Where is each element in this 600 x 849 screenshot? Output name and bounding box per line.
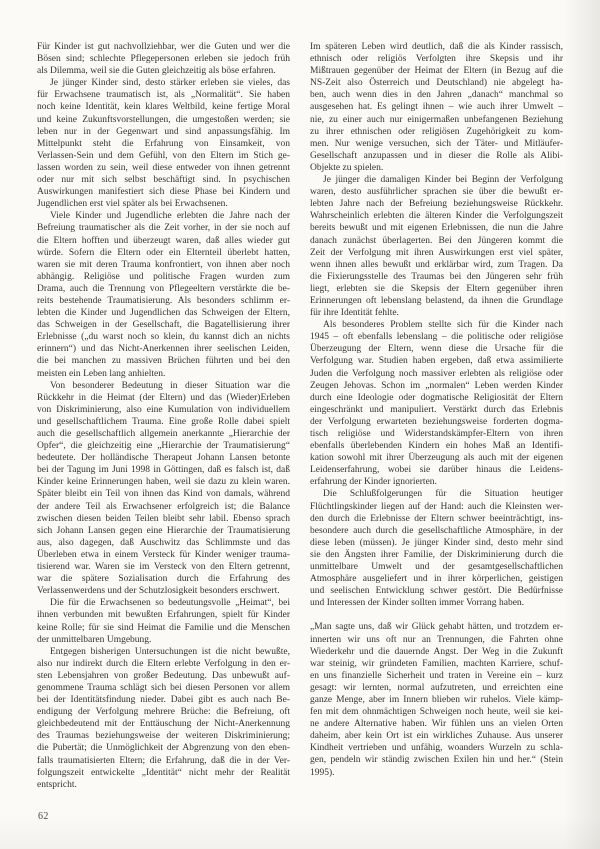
paragraph: Für Kinder ist gut nachvollziehbar, wer …: [37, 41, 290, 77]
text-line: Verlassenwerdens und der Schutzlosigkeit…: [37, 585, 290, 597]
text-line: Zeit der Verfolgung mit ihren Auswirkung…: [310, 247, 563, 259]
text-line: Opfer“, die gleichzeitig eine „Hierarchi…: [37, 440, 290, 452]
text-line: das Schweigen in der Gesellschaft, die B…: [37, 319, 290, 331]
text-line: 1995).: [310, 767, 563, 779]
text-line: aus, also dagegen, daß Auschwitz das Sch…: [37, 537, 290, 549]
text-line: Für Kinder ist gut nachvollziehbar, wer …: [37, 41, 290, 53]
text-line: tisierend war. Waren sie im Versteck von…: [37, 561, 290, 573]
text-line: Entgegen bisherigen Untersuchungen ist d…: [37, 646, 290, 658]
text-line: kation sowohl mit ihrer Überzeugung als …: [310, 452, 563, 464]
text-line: entspricht.: [37, 779, 290, 791]
text-line: ben, auch wenn dies in den Jahren „danac…: [310, 89, 563, 101]
text-line: Flüchtlingskinder liegen auf der Hand: a…: [310, 501, 563, 513]
text-line: liegt, erlebten sie die Skepsis der Elte…: [310, 283, 563, 295]
paragraph: Die Schlußfolgerungen für die Situation …: [310, 488, 563, 609]
paragraph: Von besonderer Bedeutung in dieser Situa…: [37, 380, 290, 598]
text-line: und gesellschaftlichem Trauma. Eine groß…: [37, 416, 290, 428]
text-line: 1945 – oft ebenfalls lebenslang – die po…: [310, 331, 563, 343]
text-line: Erlebnisse („du warst noch so klein, du …: [37, 331, 290, 343]
page-number: 62: [38, 811, 49, 823]
text-line: oder nur mit sich selbst beschäftigt sin…: [37, 174, 290, 186]
text-line: der Verfolgung erwarteten beziehungsweis…: [310, 416, 563, 428]
text-line: Die Schlußfolgerungen für die Situation …: [310, 488, 563, 500]
text-line: für ihre Identität fehlte.: [310, 307, 563, 319]
text-line: Zeugen Jehovas. Schon im „normalen“ Lebe…: [310, 380, 563, 392]
text-line: war steinig, wir gründeten Familien, mac…: [310, 658, 563, 670]
text-line: ihnen verbunden mit bewußten Erfahrungen…: [37, 609, 290, 621]
text-line: sten Lebensjahren von großer Bedeutung. …: [37, 670, 290, 682]
text-line: abhängig. Religiöse und politische Frage…: [37, 271, 290, 283]
text-line: daheim, aber kein Ort ist ein wirkliches…: [310, 730, 563, 742]
text-line: lebten Jahre nach der Befreiung beziehun…: [310, 198, 563, 210]
text-line: Kinder keine Erinnerungen haben, weil si…: [37, 476, 290, 488]
text-line: meisten ein Leben lang anhielten.: [37, 368, 290, 380]
text-line: tisch religiöse und Widerstandskämpfer-E…: [310, 428, 563, 440]
text-line: bereits bewußt und mit eigenen Erlebniss…: [310, 222, 563, 234]
text-line: Überzeugung der Eltern, wenn diese die U…: [310, 343, 563, 355]
quote-paragraph: „Man sagte uns, daß wir Glück gehabt hät…: [310, 621, 563, 778]
text-line: wenn ihnen alles bewußt und erklärbar wi…: [310, 259, 563, 271]
text-line: Je jünger die damaligen Kinder bei Begin…: [310, 174, 563, 186]
paragraph: Entgegen bisherigen Untersuchungen ist d…: [37, 646, 290, 791]
text-line: auch die gesellschaftlich allgemein aner…: [37, 428, 290, 440]
paragraph: Im späteren Leben wird deutlich, daß die…: [310, 41, 563, 174]
text-line: für Erwachsene traumatisch ist, als „Nor…: [37, 89, 290, 101]
text-line: der unmittelbaren Umgebung.: [37, 634, 290, 646]
two-column-text-block: Für Kinder ist gut nachvollziehbar, wer …: [37, 41, 563, 791]
text-line: des Traumas beziehungsweise der weiteren…: [37, 730, 290, 742]
text-line: zu ihrer ethnischen oder religiösen Zuge…: [310, 126, 563, 138]
text-line: ethnisch oder religiös Verfolgten ihre S…: [310, 53, 563, 65]
text-line: Später bleibt ein Teil von ihnen das Kin…: [37, 488, 290, 500]
left-column: Für Kinder ist gut nachvollziehbar, wer …: [37, 41, 290, 791]
text-line: nie, zu einer auch nur einigermaßen unbe…: [310, 114, 563, 126]
text-line: „Man sagte uns, daß wir Glück gehabt hät…: [310, 621, 563, 633]
text-line: endigung der Verfolgung mehrere Brüche: …: [37, 706, 290, 718]
text-line: durch eine Ideologie oder dogmatische Re…: [310, 392, 563, 404]
text-line: danach zunächst überlagerten. Bei den Jü…: [310, 235, 563, 247]
text-line: genommene Trauma schlägt sich bei diesen…: [37, 682, 290, 694]
text-line: Juden die Verfolgung noch massiver erleb…: [310, 368, 563, 380]
document-page: Für Kinder ist gut nachvollziehbar, wer …: [0, 0, 600, 849]
text-line: gleichbedeutend mit der Enttäuschung der…: [37, 718, 290, 730]
text-line: die Pubertät; die Unmöglichkeit der Abgr…: [37, 742, 290, 754]
paragraph: Viele Kinder und Jugendliche erlebten di…: [37, 210, 290, 379]
text-line: sie den Ängsten ihrer Familie, der Diskr…: [310, 549, 563, 561]
text-line: erinnern“) und das Nicht-Anerkennen ihre…: [37, 343, 290, 355]
text-line: ebenfalls überlebenden Kindern ein hohes…: [310, 440, 563, 452]
text-line: Wahrscheinlich erlebten die älteren Kind…: [310, 210, 563, 222]
text-line: reits bestehende Traumatisierung. Als be…: [37, 295, 290, 307]
text-line: Mißtrauen gegenüber der Heimat der Elter…: [310, 65, 563, 77]
paragraph: Je jünger Kinder sind, desto stärker erl…: [37, 77, 290, 210]
text-line: Objekte zu spielen.: [310, 162, 563, 174]
text-line: keine Rolle; für sie sind Heimat die Fam…: [37, 622, 290, 634]
text-line: den durch die Erlebnisse der Eltern schw…: [310, 513, 563, 525]
text-line: gen, pendeln wir ständig zwischen Exilen…: [310, 754, 563, 766]
paragraph: Als besonderes Problem stellte sich für …: [310, 319, 563, 488]
text-line: Jugendlichen erst viel später als bei Er…: [37, 198, 290, 210]
text-line: die Eltern hofften und überzeugt waren, …: [37, 235, 290, 247]
text-line: als Dilemma, weil sie die Guten gleichze…: [37, 65, 290, 77]
text-line: leben nur in der Gegenwart und sind anpa…: [37, 126, 290, 138]
text-line: Viele Kinder und Jugendliche erlebten di…: [37, 210, 290, 222]
text-line: falls traumatisierten Eltern; die Erfahr…: [37, 755, 290, 767]
text-line: die Fixierungsstelle des Traumas bei den…: [310, 271, 563, 283]
text-line: und seelischen Entwicklung schwer gestör…: [310, 585, 563, 597]
paragraph: Je jünger die damaligen Kinder bei Begin…: [310, 174, 563, 319]
text-line: von Diskriminierung, also eine Kumulatio…: [37, 404, 290, 416]
text-line: ausgesehen hat. Es gelingt ihnen – wie a…: [310, 101, 563, 113]
text-line: Erinnerungen oft lebenslang belastend, d…: [310, 295, 563, 307]
text-line: Rückkehr in die Heimat (der Eltern) und …: [37, 392, 290, 404]
text-line: bedeutete. Der holländische Therapeut Jo…: [37, 452, 290, 464]
text-line: waren sie mit deren Trauma konfrontiert,…: [37, 259, 290, 271]
text-line: also nur indirekt durch die Eltern erleb…: [37, 658, 290, 670]
text-line: sich Johann Lansen gegen eine Hierarchie…: [37, 525, 290, 537]
text-line: folgungszeit entwickelte „Identität“ nic…: [37, 767, 290, 779]
text-line: en uns finanzielle Sicherheit und traten…: [310, 670, 563, 682]
text-line: noch keine Identität, kein klares Weltbi…: [37, 101, 290, 113]
text-line: bei der Tagung im Juni 1998 in Göttingen…: [37, 464, 290, 476]
text-line: Atmosphäre ausgeliefert und in ihrer kör…: [310, 573, 563, 585]
text-line: Überleben etwa in einem Versteck für Kin…: [37, 549, 290, 561]
paragraph: Die für die Erwachsenen so bedeutungsvol…: [37, 597, 290, 645]
text-line: und Interessen der Kinder sollten immer …: [310, 597, 563, 609]
text-line: Als besonderes Problem stellte sich für …: [310, 319, 563, 331]
text-line: unmittelbare Umwelt und der gesamtgesell…: [310, 561, 563, 573]
text-line: zwischen diesen beiden Teilen bleibt seh…: [37, 513, 290, 525]
text-line: die bei manchen zu massiven Brüchen führ…: [37, 355, 290, 367]
text-line: Gesellschaft anzupassen und in dieser di…: [310, 150, 563, 162]
text-line: Die für die Erwachsenen so bedeutungsvol…: [37, 597, 290, 609]
text-line: Kindheit vertrieben und unfähig, woander…: [310, 742, 563, 754]
text-line: erfahrung der Kinder ignorierten.: [310, 476, 563, 488]
text-line: Leidenserfahrung, wobei sie darüber hina…: [310, 464, 563, 476]
text-line: Bösen sind; schlechte Pflegepersonen erl…: [37, 53, 290, 65]
text-line: besondere auch durch die gesellschaftlic…: [310, 525, 563, 537]
text-line: Im späteren Leben wird deutlich, daß die…: [310, 41, 563, 53]
text-line: Je jünger Kinder sind, desto stärker erl…: [37, 77, 290, 89]
text-line: Auswirkungen manifestiert sich diese Pha…: [37, 186, 290, 198]
text-line: gesagt: wir lernten, normal aufzutreten,…: [310, 682, 563, 694]
text-line: bei der Identitätsfindung nieder. Dabei …: [37, 694, 290, 706]
text-line: Verfolgung war. Studien haben ergeben, d…: [310, 355, 563, 367]
right-column: Im späteren Leben wird deutlich, daß die…: [310, 41, 563, 791]
text-line: Wiederkehr und die dauernde Angst. Der W…: [310, 646, 563, 658]
text-line: waren, desto ausführlicher sprachen sie …: [310, 186, 563, 198]
text-line: der andere Teil als Erwachsener erfolgre…: [37, 501, 290, 513]
text-line: lassen worden zu sein, weil diese entwed…: [37, 162, 290, 174]
text-line: diese leben (müssen). Je jünger Kinder s…: [310, 537, 563, 549]
text-line: Befreiung traumatischer als die Zeit vor…: [37, 222, 290, 234]
text-line: Drama, auch die Trennung von Pflegeelter…: [37, 283, 290, 295]
text-line: ganze Menge, aber im Innern blieben wir …: [310, 694, 563, 706]
text-line: und keine Zukunftsvorstellungen, die umg…: [37, 114, 290, 126]
text-line: Von besonderer Bedeutung in dieser Situa…: [37, 380, 290, 392]
text-line: Mittelpunkt steht die Erfahrung von Eins…: [37, 138, 290, 150]
text-line: innerten wir uns oft nur an Trennungen, …: [310, 634, 563, 646]
text-line: NS-Zeit also Österreich und Deutschland)…: [310, 77, 563, 89]
text-line: lebten die Kinder und Jugendlichen das S…: [37, 307, 290, 319]
text-line: men. Nur wenige versuchen, sich der Täte…: [310, 138, 563, 150]
text-line: würde. Sofern die Eltern oder ein Eltern…: [37, 247, 290, 259]
text-line: Verlassen-Sein und dem Gefühl, von den E…: [37, 150, 290, 162]
text-line: eingeschränkt und manipuliert. Verstärkt…: [310, 404, 563, 416]
text-line: war die spätere Sozialisation durch die …: [37, 573, 290, 585]
text-line: fen mit dem ohnmächtigen Schweigen noch …: [310, 706, 563, 718]
text-line: ne andere Alternative haben. Wir fühlen …: [310, 718, 563, 730]
